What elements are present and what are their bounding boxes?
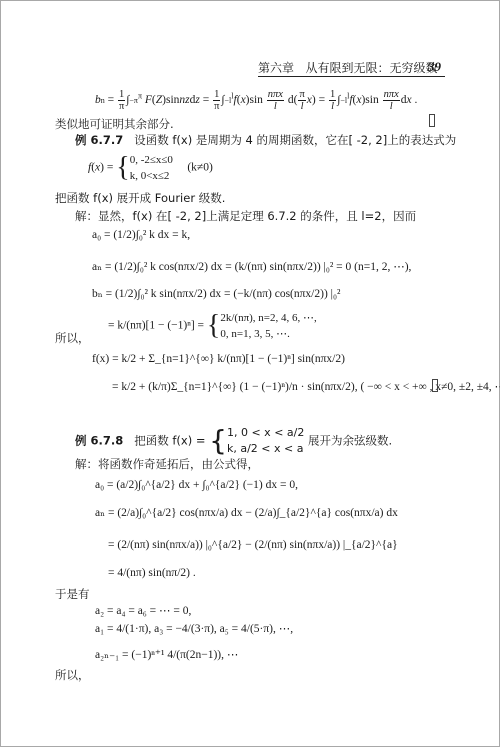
piece-1: 0, -2≤x≤0	[130, 154, 173, 166]
qed-mark-2	[432, 379, 438, 397]
a0-678-formula: a₀ = (a/2)∫₀^{a/2} dx + ∫₀^{a/2} (−1) dx…	[95, 478, 298, 492]
chapter-label: 第六章	[258, 61, 294, 75]
bn-case-2: 0, n=1, 3, 5, ⋯.	[220, 328, 289, 340]
header-rule	[258, 76, 445, 77]
example-678-heading: 例 6.7.8 把函数 f(x) = { 1, 0 < x < a/2 k, a…	[75, 425, 392, 457]
example-678-pre: 把函数 f(x) =	[134, 434, 205, 448]
similar-proof-text: 类似地可证明其余部分.	[55, 116, 174, 132]
an-678-line-1: aₙ = (2/a)∫₀^{a/2} cos(nπx/a) dx − (2/a)…	[95, 506, 398, 520]
k-condition: (k≠0)	[187, 162, 212, 174]
example-678-solution-intro: 解：将函数作奇延拓后，由公式得，	[75, 456, 259, 472]
running-header: 第六章 从有限到无限：无穷级数 39	[258, 59, 445, 76]
therefore-text-2: 所以，	[55, 667, 90, 683]
fx-series-line-2: = k/2 + (k/π)Σ_{n=1}^{∞} (1 − (−1)ⁿ)/n ·…	[112, 380, 500, 394]
so-have-text: 于是有	[55, 586, 90, 602]
example-677-statement: 设函数 f(x) 是周期为 4 的周期函数，它在[ -2, 2]上的表达式为	[134, 133, 456, 147]
an-678-line-3: = 4/(nπ) sin(nπ/2) .	[108, 566, 196, 580]
piece-2: k, a/2 < x < a	[227, 442, 303, 455]
example-677-task: 把函数 f(x) 展开成 Fourier 级数.	[55, 190, 225, 206]
piece-2: k, 0<x≤2	[130, 170, 170, 182]
example-677-heading: 例 6.7.7 设函数 f(x) 是周期为 4 的周期函数，它在[ -2, 2]…	[75, 132, 456, 148]
general-coeff: a₂ₙ₋₁ = (−1)ⁿ⁺¹ 4/(π(2n−1)), ⋯	[95, 648, 238, 662]
example-678-post: 展开为余弦级数.	[308, 434, 392, 448]
bn-formula: bn = 1π∫−ππ F(Z)sinnzdz = 1π∫−llf(x)sin …	[95, 89, 417, 112]
a0-formula: a₀ = (1/2)∫₀² k dx = k,	[92, 228, 190, 242]
odd-coeffs: a₁ = 4/(1·π), a₃ = −4/(3·π), a₅ = 4/(5·π…	[95, 622, 293, 636]
fx-series-line-1: f(x) = k/2 + Σ_{n=1}^{∞} k/(nπ)[1 − (−1)…	[92, 352, 345, 366]
bn-line-1: bₙ = (1/2)∫₀² k sin(nπx/2) dx = (−k/(nπ)…	[92, 287, 340, 301]
therefore-text: 所以，	[55, 330, 90, 346]
piece-1: 1, 0 < x < a/2	[227, 426, 304, 439]
page-number: 39	[428, 59, 441, 75]
an-formula: aₙ = (1/2)∫₀² k cos(nπx/2) dx = (k/(nπ) …	[92, 260, 411, 274]
example-677-piecewise: f(x) = { 0, -2≤x≤0 k, 0<x≤2 (k≠0)	[88, 152, 213, 184]
qed-mark	[429, 114, 435, 132]
even-coeffs: a₂ = a₄ = a₆ = ⋯ = 0,	[95, 604, 191, 618]
example-677-solution-intro: 解：显然，f(x) 在[ -2, 2]上满足定理 6.7.2 的条件，且 l=2…	[75, 208, 416, 224]
bn-line-2: = k/(nπ)[1 − (−1)ⁿ] = { 2k/(nπ), n=2, 4,…	[108, 310, 317, 342]
bn-case-1: 2k/(nπ), n=2, 4, 6, ⋯,	[220, 312, 316, 324]
example-677-label: 例 6.7.7	[75, 133, 123, 147]
an-678-line-2: = (2/(nπ) sin(nπx/a)) |₀^{a/2} − (2/(nπ)…	[108, 538, 398, 552]
example-678-label: 例 6.7.8	[75, 434, 123, 448]
chapter-title: 从有限到无限：无穷级数	[305, 61, 437, 75]
